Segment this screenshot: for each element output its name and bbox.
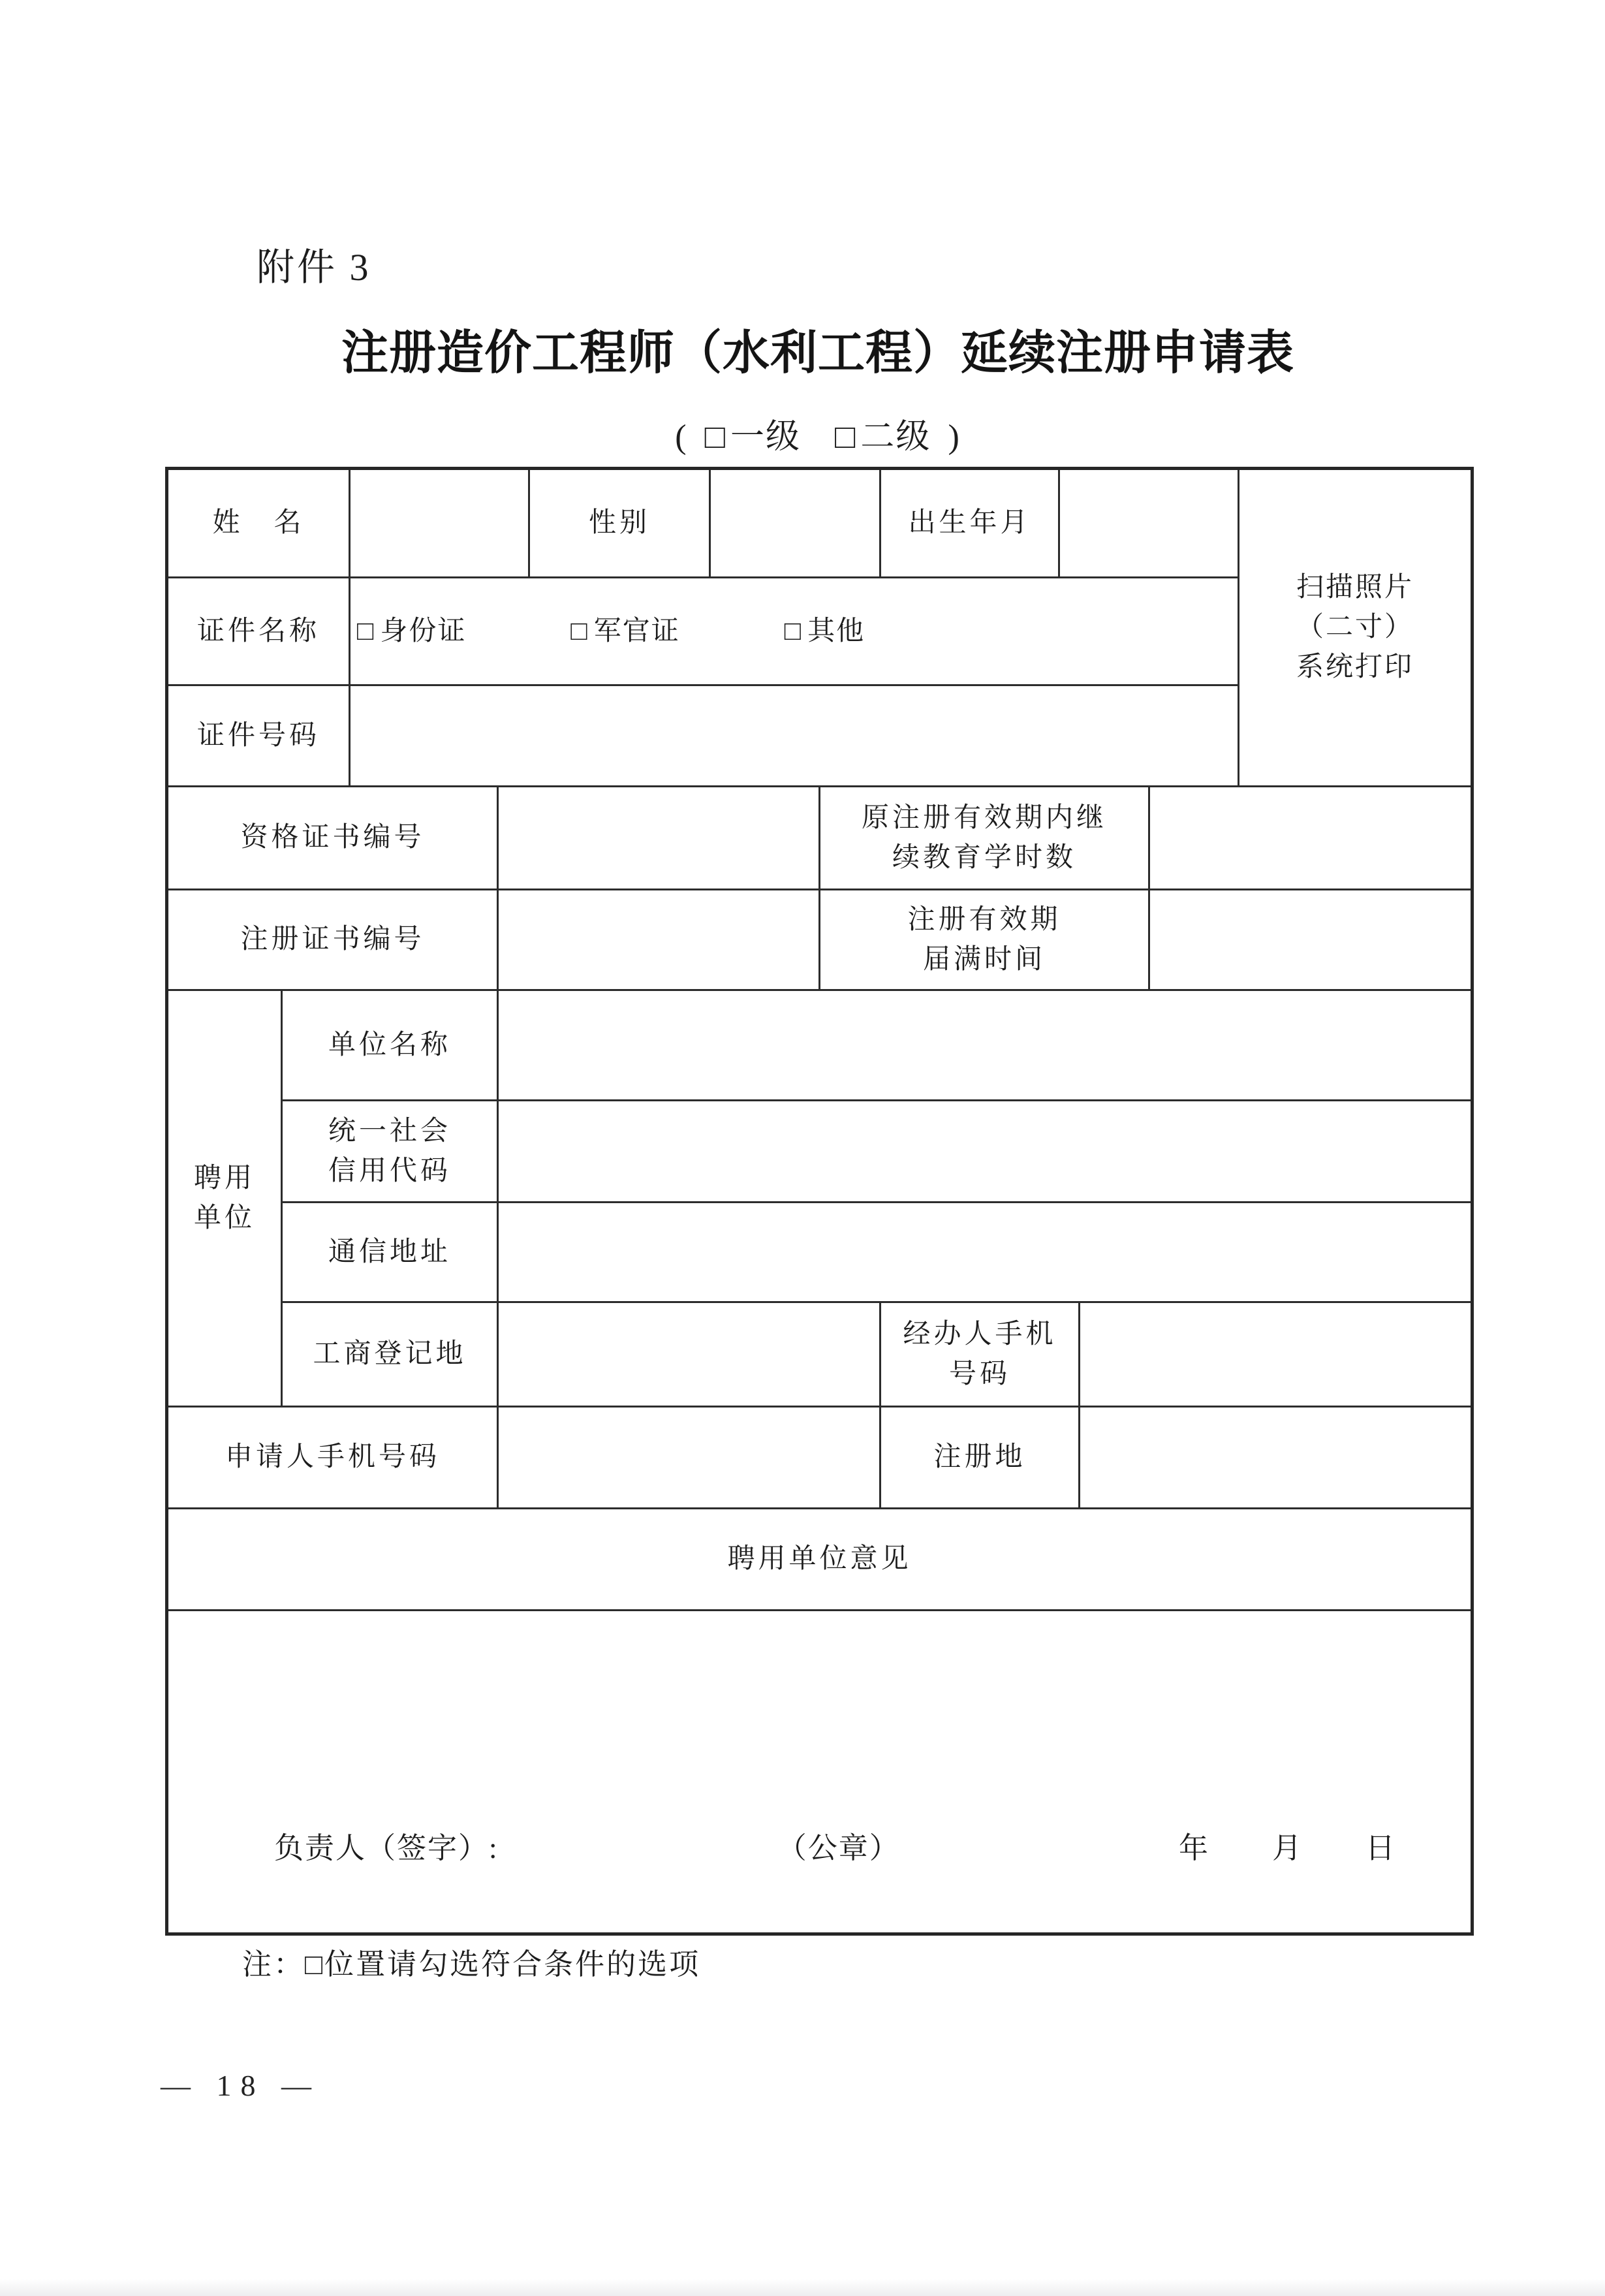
- id-number-value-cell: [350, 685, 1239, 787]
- agent-phone-value-cell: [1080, 1302, 1473, 1407]
- level-option-label: 二级: [860, 418, 931, 456]
- continuing-education-hours-label: 原注册有效期内继 续教育学时数: [820, 787, 1149, 890]
- day-label: 日: [1365, 1827, 1396, 1870]
- level-option-second: □二级: [835, 418, 931, 456]
- mailing-address-label: 通信地址: [282, 1203, 498, 1302]
- checkbox-icon: □: [357, 616, 375, 646]
- registration-expiry-label: 注册有效期 届满时间: [820, 890, 1149, 990]
- credit-code-label: 统一社会 信用代码: [282, 1101, 498, 1203]
- scanned-form-page: 附件 3 注册造价工程师（水利工程）延续注册申请表 (□一级□二级) 姓 名 性…: [0, 0, 1605, 2296]
- id-option-junguanzheng: □军官证: [570, 612, 679, 652]
- employer-group-label: 聘用 单位: [167, 990, 282, 1407]
- registration-cert-value-cell: [498, 890, 820, 990]
- name-value-cell: [350, 469, 529, 578]
- month-label: 月: [1272, 1827, 1303, 1870]
- document-title: 注册造价工程师（水利工程）延续注册申请表: [165, 315, 1471, 383]
- responsible-person-signature-label: 负责人（签字）:: [274, 1827, 499, 1870]
- signature-row: 负责人（签字）: （公章） 年 月 日: [175, 1614, 1464, 1930]
- id-type-options: □身份证 □军官证 □其他: [357, 612, 1231, 652]
- gender-label: 性别: [529, 469, 710, 578]
- id-option-shenfenzheng: □身份证: [357, 612, 466, 652]
- employer-name-label: 单位名称: [282, 990, 498, 1101]
- attachment-label: 附件 3: [257, 236, 371, 291]
- employer-opinion-header: 聘用单位意见: [167, 1509, 1473, 1611]
- mailing-address-value-cell: [498, 1203, 1473, 1302]
- employer-name-value-cell: [498, 990, 1473, 1101]
- registration-place-value-cell: [1080, 1407, 1473, 1509]
- id-option-qita: □其他: [785, 612, 865, 652]
- page-number: — 18 —: [161, 2068, 320, 2103]
- employer-opinion-signature-cell: 负责人（签字）: （公章） 年 月 日: [167, 1611, 1473, 1934]
- continuing-education-hours-value-cell: [1149, 787, 1473, 890]
- year-label: 年: [1179, 1827, 1209, 1870]
- checkbox-icon: □: [705, 418, 726, 456]
- applicant-phone-value-cell: [498, 1407, 880, 1509]
- id-option-label: 其他: [807, 616, 865, 646]
- id-number-label: 证件号码: [167, 685, 350, 787]
- id-type-label: 证件名称: [167, 578, 350, 685]
- gender-value-cell: [710, 469, 880, 578]
- level-select-line: (□一级□二级): [165, 409, 1471, 458]
- level-option-label: 一级: [730, 418, 801, 456]
- id-type-options-cell: □身份证 □军官证 □其他: [350, 578, 1239, 685]
- birth-date-value-cell: [1059, 469, 1239, 578]
- registration-place-label: 注册地: [880, 1407, 1080, 1509]
- registration-cert-label: 注册证书编号: [167, 890, 498, 990]
- registration-expiry-value-cell: [1149, 890, 1473, 990]
- official-seal-label: （公章）: [777, 1827, 900, 1870]
- id-option-label: 军官证: [594, 616, 680, 646]
- level-option-first: □一级: [705, 418, 801, 456]
- footnote: 注：□位置请勾选符合条件的选项: [242, 1940, 700, 1983]
- credit-code-value-cell: [498, 1101, 1473, 1203]
- business-registration-place-value-cell: [498, 1302, 880, 1407]
- id-option-label: 身份证: [380, 616, 466, 646]
- agent-phone-label: 经办人手机 号码: [880, 1302, 1080, 1407]
- checkbox-icon: □: [835, 418, 856, 456]
- checkbox-icon: □: [785, 616, 802, 646]
- scan-edge-artifact: [0, 2279, 1605, 2296]
- paren-open: (: [675, 418, 687, 456]
- photo-box: 扫描照片 （二寸） 系统打印: [1239, 469, 1473, 787]
- date-fields: 年 月 日: [1179, 1827, 1396, 1870]
- qualification-cert-label: 资格证书编号: [167, 787, 498, 890]
- name-label: 姓 名: [167, 469, 350, 578]
- application-form-table: 姓 名 性别 出生年月 扫描照片 （二寸） 系统打印 证件名称 □身份证 □军官…: [165, 467, 1474, 1936]
- checkbox-icon: □: [570, 616, 588, 646]
- qualification-cert-value-cell: [498, 787, 820, 890]
- business-registration-place-label: 工商登记地: [282, 1302, 498, 1407]
- paren-close: ): [948, 418, 960, 456]
- birth-date-label: 出生年月: [880, 469, 1059, 578]
- applicant-phone-label: 申请人手机号码: [167, 1407, 498, 1509]
